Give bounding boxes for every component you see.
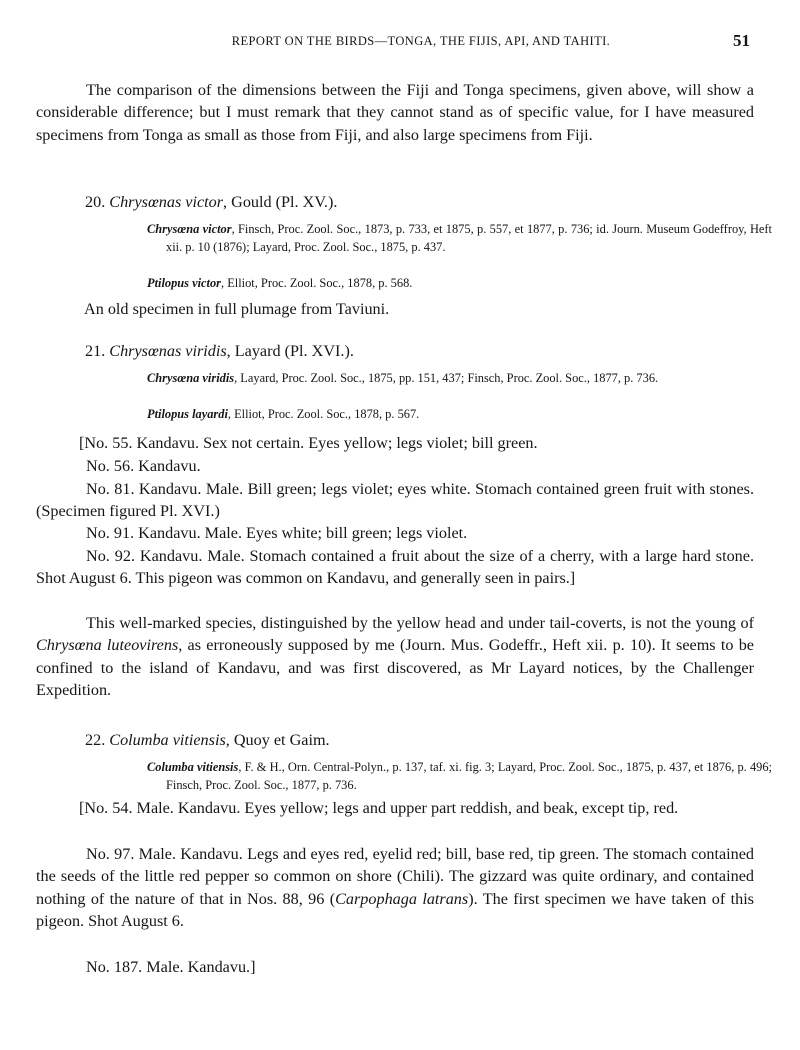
species-number: 20. bbox=[85, 193, 105, 211]
specimen-record: No. 91. Kandavu. Male. Eyes white; bill … bbox=[36, 522, 754, 544]
synonym-citation: , Elliot, Proc. Zool. Soc., 1878, p. 568… bbox=[221, 276, 412, 290]
species-heading-21: 21. Chrysœnas viridis, Layard (Pl. XVI.)… bbox=[85, 340, 354, 362]
book-page: REPORT ON THE BIRDS—TONGA, THE FIJIS, AP… bbox=[0, 0, 800, 1050]
species-remarks: This well-marked species, distinguished … bbox=[36, 612, 754, 701]
synonym-entry: Columba vitiensis, F. & H., Orn. Central… bbox=[147, 759, 772, 794]
species-heading-22: 22. Columba vitiensis, Quoy et Gaim. bbox=[85, 729, 330, 751]
synonym-name: Columba vitiensis bbox=[147, 760, 238, 774]
specimen-record: [No. 55. Kandavu. Sex not certain. Eyes … bbox=[36, 432, 754, 454]
specimen-record: No. 56. Kandavu. bbox=[36, 455, 754, 477]
species-name-inline: Chrysœna luteovirens bbox=[36, 636, 178, 654]
species-authority: , Quoy et Gaim. bbox=[226, 731, 330, 749]
intro-paragraph: The comparison of the dimensions between… bbox=[36, 79, 754, 146]
specimen-note: An old specimen in full plumage from Tav… bbox=[84, 298, 754, 320]
specimen-record: No. 92. Kandavu. Male. Stomach contained… bbox=[36, 545, 754, 590]
synonym-citation: , Elliot, Proc. Zool. Soc., 1878, p. 567… bbox=[228, 407, 419, 421]
synonym-citation: , F. & H., Orn. Central-Polyn., p. 137, … bbox=[166, 760, 772, 792]
synonym-citation: , Layard, Proc. Zool. Soc., 1875, pp. 15… bbox=[234, 371, 658, 385]
species-number: 21. bbox=[85, 342, 105, 360]
synonym-entry: Ptilopus victor, Elliot, Proc. Zool. Soc… bbox=[147, 275, 772, 293]
species-name: Chrysœnas viridis bbox=[109, 342, 226, 360]
synonym-name: Chrysœna viridis bbox=[147, 371, 234, 385]
synonym-citation: , Finsch, Proc. Zool. Soc., 1873, p. 733… bbox=[166, 222, 772, 254]
species-authority: , Gould (Pl. XV.). bbox=[223, 193, 337, 211]
species-number: 22. bbox=[85, 731, 105, 749]
synonym-entry: Ptilopus layardi, Elliot, Proc. Zool. So… bbox=[147, 406, 772, 424]
running-head: REPORT ON THE BIRDS—TONGA, THE FIJIS, AP… bbox=[86, 34, 756, 49]
species-name: Columba vitiensis bbox=[109, 731, 225, 749]
species-name: Chrysœnas victor bbox=[109, 193, 223, 211]
species-name-inline: Carpophaga latrans bbox=[335, 890, 468, 908]
species-authority: , Layard (Pl. XVI.). bbox=[227, 342, 354, 360]
page-number: 51 bbox=[733, 31, 750, 51]
specimen-record: No. 81. Kandavu. Male. Bill green; legs … bbox=[36, 478, 754, 523]
synonym-name: Chrysœna victor bbox=[147, 222, 232, 236]
synonym-name: Ptilopus victor bbox=[147, 276, 221, 290]
synonym-name: Ptilopus layardi bbox=[147, 407, 228, 421]
specimen-record: No. 97. Male. Kandavu. Legs and eyes red… bbox=[36, 843, 754, 932]
synonym-entry: Chrysœna viridis, Layard, Proc. Zool. So… bbox=[147, 370, 772, 388]
specimen-record: No. 187. Male. Kandavu.] bbox=[36, 956, 754, 978]
synonym-entry: Chrysœna victor, Finsch, Proc. Zool. Soc… bbox=[147, 221, 772, 256]
specimen-record: [No. 54. Male. Kandavu. Eyes yellow; leg… bbox=[36, 797, 754, 819]
species-heading-20: 20. Chrysœnas victor, Gould (Pl. XV.). bbox=[85, 191, 337, 213]
